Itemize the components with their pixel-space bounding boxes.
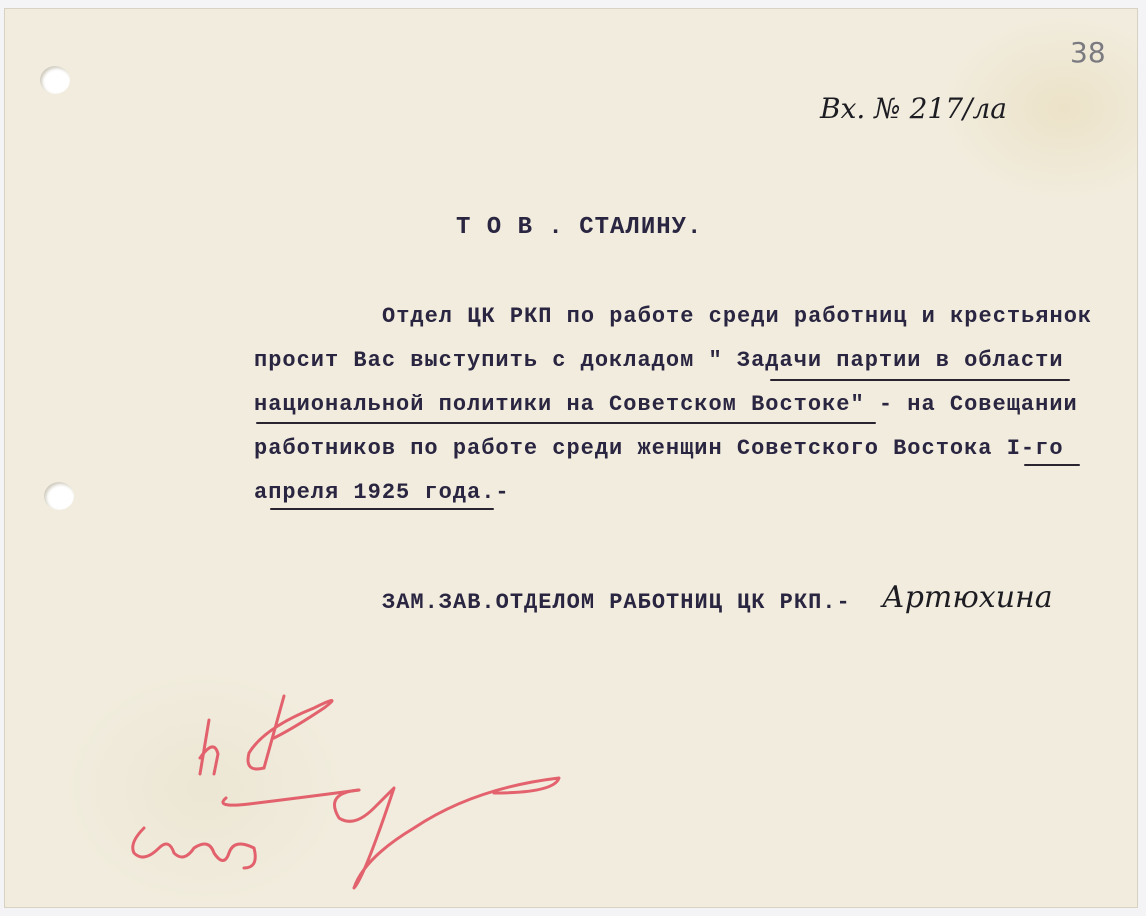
underline-date-2 xyxy=(270,508,494,510)
punch-hole-top xyxy=(40,66,70,94)
body-line-4: работников по работе среди женщин Советс… xyxy=(254,436,1064,461)
punch-hole-bottom xyxy=(44,482,74,510)
red-pencil-resolution xyxy=(114,678,594,908)
underline-report-title-1 xyxy=(770,379,1070,381)
registry-note: Вх. № 217/ла xyxy=(820,92,1007,125)
underline-report-title-2 xyxy=(256,422,876,424)
body-line-5: апреля 1925 года.- xyxy=(254,480,510,505)
signature: Артюхина xyxy=(882,580,1053,615)
document-page: 38 Вх. № 217/ла Т О В . СТАЛИНУ. Отдел Ц… xyxy=(4,8,1138,908)
underline-date-1 xyxy=(1024,464,1080,466)
page-number: 38 xyxy=(1070,36,1106,69)
body-line-3: национальной политики на Советском Восто… xyxy=(254,392,1078,417)
body-line-2: просит Вас выступить с докладом " Задачи… xyxy=(254,348,1064,373)
signature-line: ЗАМ.ЗАВ.ОТДЕЛОМ РАБОТНИЦ ЦК РКП.- xyxy=(382,590,851,615)
addressee: Т О В . СТАЛИНУ. xyxy=(456,214,702,241)
body-line-1: Отдел ЦК РКП по работе среди работниц и … xyxy=(382,304,1092,329)
